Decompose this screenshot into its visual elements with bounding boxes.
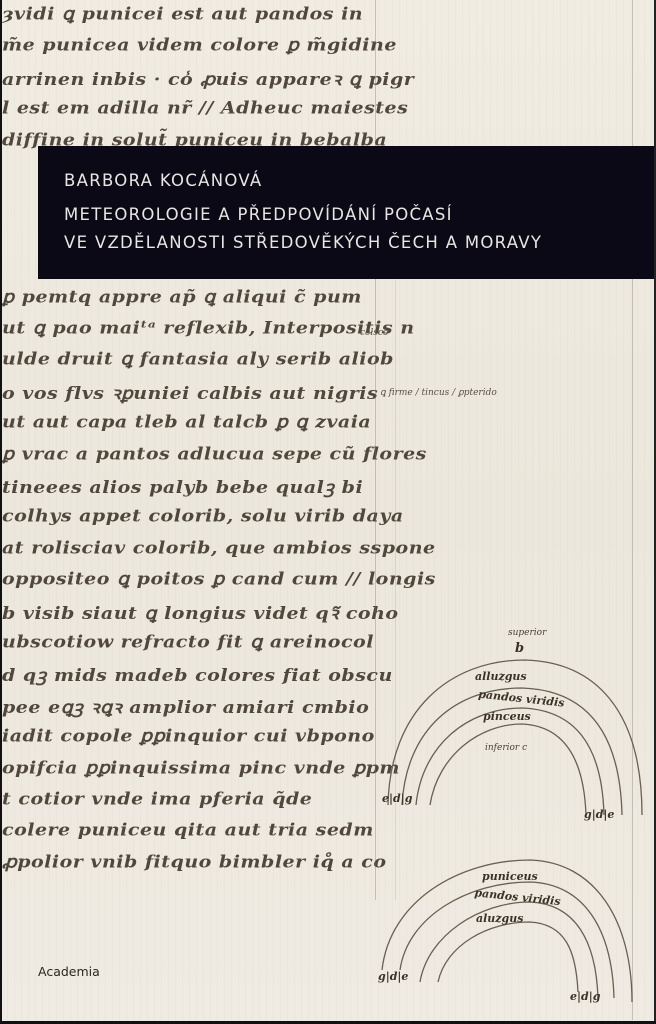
- manuscript-line: ꝑ vrac a pantos adlucua sepe cũ flores: [2, 444, 427, 464]
- diagram-endpoint-marks: g|d|e: [378, 970, 408, 983]
- diagram-endpoint-marks: g|d|e: [584, 808, 614, 821]
- book-title-line-1: METEOROLOGIE A PŘEDPOVÍDÁNÍ POČASÍ: [64, 205, 453, 224]
- manuscript-line: ȝvidi ꝗ punicei est aut pandos in: [2, 4, 363, 24]
- manuscript-line: b visib siaut ꝗ longius videt qꝛ̃ coho: [2, 601, 399, 624]
- diagram-band-label: alluzgus: [475, 670, 527, 683]
- diagram-band-label: pandos viridis: [474, 886, 561, 908]
- diagram-band-label: aluzgus: [476, 912, 523, 925]
- manuscript-line: tineees alios palyb bebe qualꝫ bi: [2, 475, 363, 498]
- rainbow-diagram-upper: superior b alluzgus pandos viridis pince…: [380, 620, 656, 840]
- diagram-band-label: puniceus: [482, 870, 538, 883]
- manuscript-line: d qꝫ mids madeb colores fiat obscu: [2, 663, 393, 686]
- manuscript-line: t cotior vnde ima pferia q̃de: [2, 789, 312, 809]
- diagram-label-top: superior: [508, 628, 547, 638]
- manuscript-line: ubscotiow refracto fit ꝗ areinocol: [2, 632, 374, 652]
- manuscript-line: oppositeo ꝗ poitos ꝑ cand cum // longis: [2, 569, 436, 589]
- diagram-mark-top: b: [515, 641, 524, 656]
- cover-edge-left: [0, 0, 2, 1024]
- book-title-line-2: VE VZDĚLANOSTI STŘEDOVĚKÝCH ČECH A MORAV…: [64, 233, 542, 252]
- author-name: BARBORA KOCÁNOVÁ: [64, 171, 263, 190]
- publisher-name: Academia: [38, 964, 100, 979]
- title-box: BARBORA KOCÁNOVÁ METEOROLOGIE A PŘEDPOVÍ…: [38, 146, 656, 279]
- margin-note: ꝗ firme / tincus / ꝑpterido: [380, 388, 497, 399]
- margin-note: celsco: [360, 328, 388, 339]
- manuscript-line: o vos flvs ꝛꝑuniei calbis aut nigris: [2, 381, 378, 404]
- manuscript-line: ꝑ pemtq appre ap̃ ꝗ aliqui c̃ pum: [2, 287, 362, 307]
- manuscript-line: colere puniceu qita aut tria sedm: [2, 820, 374, 840]
- diagram-band-label: pandos viridis: [478, 688, 565, 710]
- manuscript-line: opifcia ꝑꝑinquissima pinc vnde ꝑpm: [2, 758, 400, 778]
- diagram-endpoint-marks: e|d|g: [570, 990, 601, 1003]
- manuscript-line: m̃e punicea videm colore ꝑ m̃gidine: [2, 35, 397, 55]
- diagram-endpoint-marks: e|d|g: [382, 792, 413, 805]
- manuscript-line: iadit copole ꝑꝑinquior cui vbpono: [2, 726, 375, 746]
- rainbow-diagram-lower: puniceus pandos viridis aluzgus g|d|e e|…: [370, 840, 656, 1024]
- manuscript-line: colhys appet colorib, solu virib daya: [2, 506, 404, 526]
- manuscript-line: ulde druit ꝗ fantasia aly serib aliob: [2, 349, 394, 369]
- manuscript-line: ꝓpolior vnib fitquo bimbler iq̊ a co: [2, 852, 387, 872]
- manuscript-line: l est em adilla nr̃ // Adheuc maiestes: [2, 98, 408, 118]
- manuscript-line: ut ꝗ pao maiᵗᵃ reflexib, Interpositis n: [2, 318, 415, 338]
- manuscript-line: arrinen inbis · co̾ ꝓuis appareꝛ ꝗ pigr: [2, 67, 414, 90]
- manuscript-line: pee eꝗꝫ ꝛꝗꝛ amplior amiari cmbio: [2, 695, 369, 718]
- book-cover: ȝvidi ꝗ punicei est aut pandos inm̃e pun…: [0, 0, 656, 1024]
- manuscript-ruling-line: [375, 0, 376, 900]
- diagram-band-label: pinceus: [483, 710, 531, 723]
- diagram-label-inner: inferior c: [485, 743, 527, 753]
- manuscript-line: at rolisciav colorib, que ambios sspone: [2, 538, 436, 558]
- manuscript-line: ut aut capa tleb al talcb ꝑ ꝗ zvaia: [2, 412, 371, 432]
